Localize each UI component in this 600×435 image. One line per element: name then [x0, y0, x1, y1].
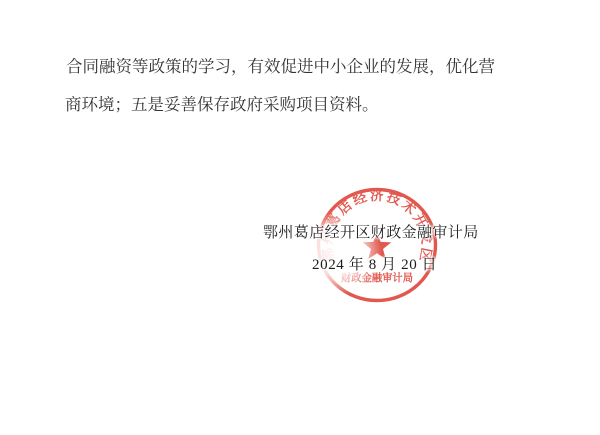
document-page: 合同融资等政策的学习，有效促进中小企业的发展，优化营 商环境；五是妥善保存政府采…: [0, 0, 600, 435]
signature-agency: 鄂州葛店经开区财政金融审计局: [263, 221, 479, 242]
official-seal: 鄂州葛店经济技术开发区 财政金融审计局: [307, 182, 447, 308]
paragraph-line-1: 合同融资等政策的学习，有效促进中小企业的发展，优化营: [66, 57, 495, 77]
signature-date: 2024 年 8 月 20 日: [312, 253, 437, 274]
paragraph-line-2: 商环境；五是妥善保存政府采购项目资料。: [65, 95, 379, 115]
